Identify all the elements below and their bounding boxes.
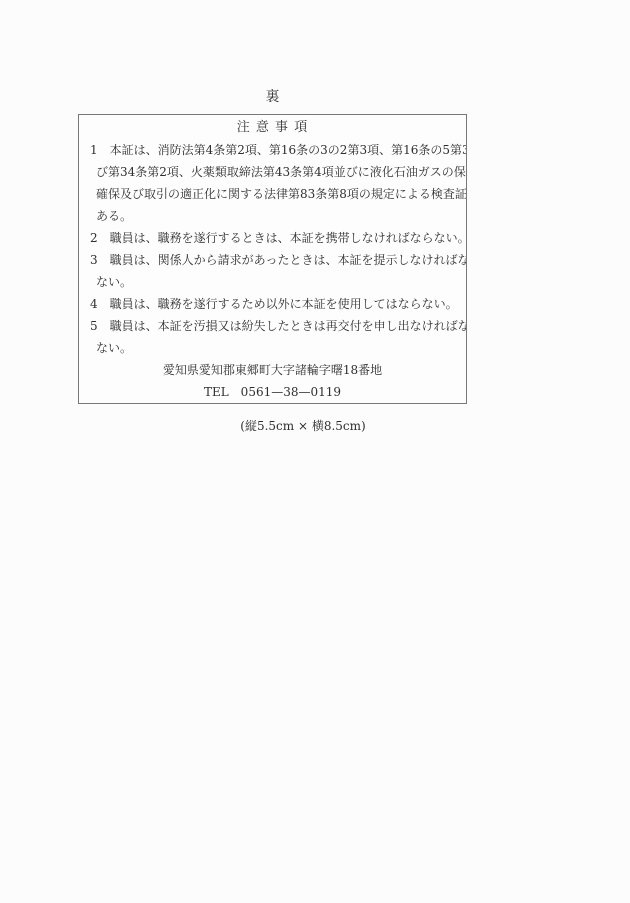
notice-item-1-line-4: ある。 <box>84 205 461 227</box>
notice-item-2: 2 職員は、職務を遂行するときは、本証を携帯しなければならない。 <box>84 227 461 249</box>
notice-item-5-line-2: ない。 <box>84 337 461 359</box>
notice-box: 注 意 事 項 1 本証は、消防法第4条第2項、第16条の3の2第3項、第16条… <box>78 114 467 404</box>
notice-item-1-line-2: び第34条第2項、火薬類取締法第43条第4項並びに液化石油ガスの保安の <box>84 161 461 183</box>
notice-item-1-line-3: 確保及び取引の適正化に関する法律第83条第8項の規定による検査証で <box>84 183 461 205</box>
card-size-caption: (縦5.5cm × 横8.5cm) <box>0 418 606 434</box>
notice-item-5-line-1: 5 職員は、本証を汚損又は紛失したときは再交付を申し出なければなら <box>84 315 461 337</box>
notice-item-4: 4 職員は、職務を遂行するため以外に本証を使用してはならない。 <box>84 293 461 315</box>
back-side-label: 裏 <box>78 88 467 106</box>
notice-item-3-line-2: ない。 <box>84 271 461 293</box>
notice-item-3-line-1: 3 職員は、関係人から請求があったときは、本証を提示しなければなら <box>84 249 461 271</box>
notice-title: 注 意 事 項 <box>84 117 461 139</box>
address-line: 愛知県愛知郡東郷町大字諸輪字曙18番地 <box>84 359 461 381</box>
tel-line: TEL 0561—38—0119 <box>84 381 461 403</box>
notice-item-1-line-1: 1 本証は、消防法第4条第2項、第16条の3の2第3項、第16条の5第3項及 <box>84 139 461 161</box>
document-page: 裏 注 意 事 項 1 本証は、消防法第4条第2項、第16条の3の2第3項、第1… <box>0 0 630 903</box>
